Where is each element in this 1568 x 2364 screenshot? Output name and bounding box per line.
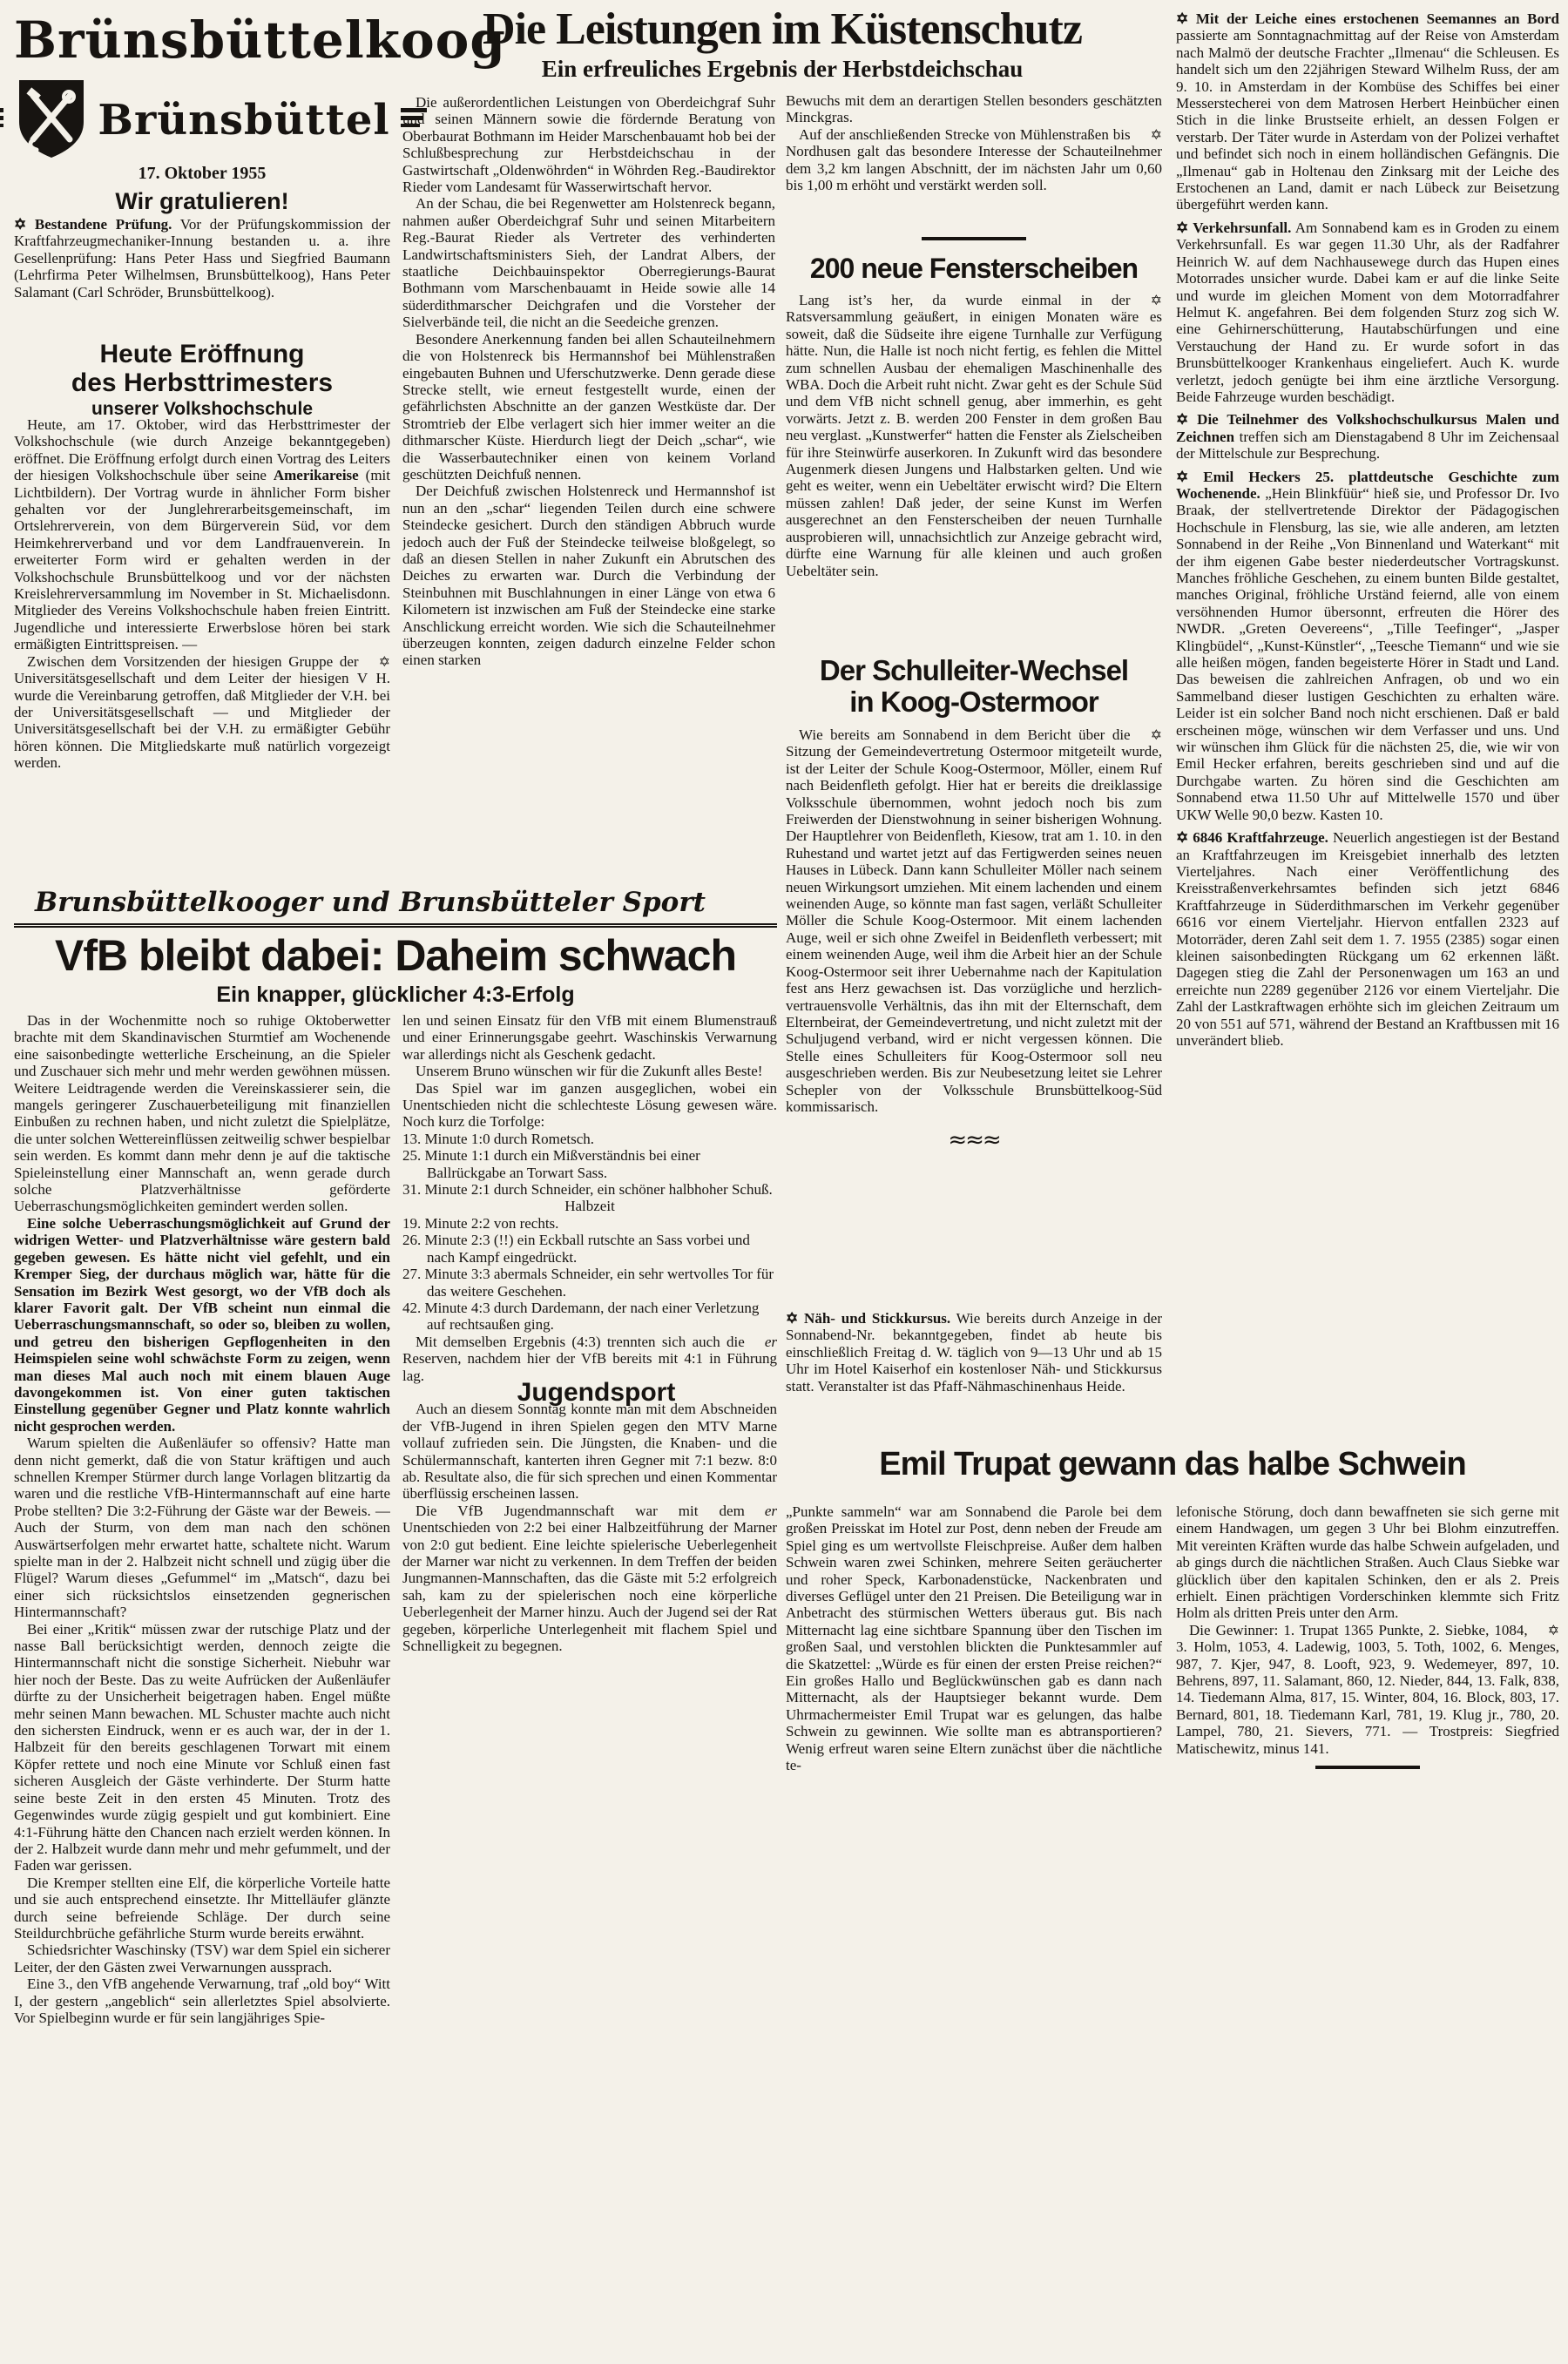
brief-leiche-lead: ✡ Mit der Leiche eines erstochenen Seema…: [1176, 10, 1559, 27]
kuesten-p3: Besondere Anerkennung fanden bei allen S…: [402, 331, 775, 483]
vfb-c1-p5: Die Kremper stellten eine Elf, die körpe…: [14, 1874, 390, 1942]
vfb-c2-cont: len und seinen Einsatz für den VfB mit e…: [402, 1012, 777, 1063]
herbst-p2: Zwischen dem Vorsitzenden der hiesigen G…: [14, 653, 390, 771]
brief-leiche: ✡ Mit der Leiche eines erstochenen Seema…: [1176, 10, 1559, 213]
fenster-end-star-icon: ✡: [1131, 292, 1162, 308]
goal-line: 26. Minute 2:3 (!!) ein Eckball rutschte…: [402, 1232, 777, 1266]
gratulieren-body: ✡ Bestandene Prüfung. Vor der Prüfungsko…: [14, 216, 390, 301]
vfb-reserves: Mit demselben Ergebnis (4:3) trennten si…: [402, 1334, 777, 1384]
masthead-date: 17. Oktober 1955: [14, 164, 390, 184]
flourish-left-icon: [0, 101, 5, 140]
vfb-c1-p6: Schiedsrichter Waschinsky (TSV) war dem …: [14, 1942, 390, 1976]
goal-line: 25. Minute 1:1 durch ein Mißverständnis …: [402, 1147, 777, 1181]
schulleiter-end-star-icon: ✡: [1131, 726, 1162, 743]
brief-kraftfahrzeuge: ✡ 6846 Kraftfahrzeuge. Neuerlich angesti…: [1176, 829, 1559, 1049]
brief-kraftfahrzeuge-text: Neuerlich angestiegen ist der Bestand an…: [1176, 829, 1559, 1049]
trupat-winners: Die Gewinner: 1. Trupat 1365 Punkte, 2. …: [1176, 1622, 1559, 1757]
schulleiter-title-line2: in Koog-Ostermoor: [786, 686, 1162, 718]
goal-line: 19. Minute 2:2 von rechts.: [402, 1215, 777, 1232]
naeh-lead: ✡ Näh- und Stickkursus.: [786, 1310, 950, 1327]
vfb-c1-p4: Bei einer „Kritik“ müssen zwar der rutsc…: [14, 1621, 390, 1874]
fenster-text: Lang ist’s her, da wurde einmal in der R…: [786, 292, 1162, 579]
wave-ornament: ≈≈≈: [786, 1127, 1162, 1153]
kuesten-cont: Bewuchs mit dem an derartigen Stellen be…: [786, 92, 1162, 126]
gratulieren-title: Wir gratulieren!: [14, 188, 390, 215]
herbst-heading-block: Heute Eröffnung des Herbsttrimesters uns…: [14, 340, 390, 420]
herbst-title-line2: des Herbsttrimesters: [14, 368, 390, 397]
trupat-column-b: lefonische Störung, doch dann bewaffnete…: [1176, 1503, 1559, 1769]
brief-heckers-text: „Hein Blinkfüür“ hieß sie, und Professor…: [1176, 485, 1559, 823]
kuesten-p2: An der Schau, die bei Regenwetter am Hol…: [402, 195, 775, 330]
vfb-subhead: Ein knapper, glücklicher 4:3-Erfolg: [14, 983, 777, 1008]
kuesten-end-star-icon: ✡: [1131, 126, 1162, 143]
vfb-c2-p2: Unserem Bruno wünschen wir für die Zukun…: [402, 1063, 777, 1079]
kuesten-p5: Auf der anschließenden Strecke von Mühle…: [786, 126, 1162, 193]
kuesten-p1: Die außerordentlichen Leistungen von Obe…: [402, 94, 775, 195]
schulleiter-article: Der Schulleiter-Wechsel in Koog-Ostermoo…: [786, 655, 1162, 1153]
schulleiter-title-line1: Der Schulleiter-Wechsel: [786, 655, 1162, 686]
masthead-crest-icon: [14, 77, 89, 165]
kuesten-column-2: Bewuchs mit dem an derartigen Stellen be…: [786, 92, 1162, 193]
section-divider-rule: [922, 237, 1026, 240]
herbst-title-line1: Heute Eröffnung: [14, 340, 390, 368]
jugendsport-title: Jugendsport: [402, 1384, 777, 1401]
briefs-column: ✡ Mit der Leiche eines erstochenen Seema…: [1176, 10, 1559, 1439]
kuesten-subhead: Ein erfreuliches Ergebnis der Herbstdeic…: [394, 56, 1171, 83]
brief-leiche-text: passierte am Sonntagnachmittag auf der R…: [1176, 27, 1559, 213]
vfb-c1-p3: Warum spielten die Außenläufer so offens…: [14, 1435, 390, 1620]
herbst-p1-bold: Amerikareise: [274, 467, 359, 483]
masthead-row: Brünsbüttel: [14, 78, 390, 162]
kuesten-headline: Die Leistungen im Küstenschutz: [394, 3, 1171, 55]
herbst-p1b: (mit Lichtbildern). Der Vortrag wurde in…: [14, 467, 390, 652]
goal-line: 31. Minute 2:1 durch Schneider, ein schö…: [402, 1181, 777, 1198]
goal-line: 42. Minute 4:3 durch Dardemann, der nach…: [402, 1300, 777, 1334]
naeh-brief: ✡ Näh- und Stickkursus. Wie bereits durc…: [786, 1310, 1162, 1395]
herbst-end-star-icon: ✡: [359, 653, 390, 670]
kuesten-p4: Der Deichfuß zwischen Holstenreck und He…: [402, 483, 775, 668]
newspaper-page: Brünsbüttelkoog Brünsbüttel: [0, 0, 1568, 2364]
masthead-title-line2: Brünsbüttel: [98, 96, 389, 145]
schulleiter-text: Wie bereits am Sonnabend in dem Bericht …: [786, 726, 1162, 1115]
brief-heckers: ✡ Emil Heckers 25. plattdeutsche Geschic…: [1176, 469, 1559, 824]
vfb-headline: VfB bleibt dabei: Daheim schwach: [14, 930, 777, 981]
author-sig: er: [745, 1334, 777, 1350]
vfb-c1-p1: Das in der Wochenmitte noch so ruhige Ok…: [14, 1012, 390, 1215]
jugend-p1: Auch an diesem Sonntag konnte man mit de…: [402, 1401, 777, 1502]
trupat-end-star-icon: ✡: [1528, 1622, 1559, 1638]
vfb-column-1: Das in der Wochenmitte noch so ruhige Ok…: [14, 1012, 390, 2364]
halbzeit-label: Halbzeit: [402, 1198, 777, 1214]
masthead-title-line1: Brünsbüttelkoog: [14, 10, 390, 70]
brief-verkehrsunfall-lead: ✡ Verkehrsunfall.: [1176, 220, 1291, 236]
goal-line: 27. Minute 3:3 abermals Schneider, ein s…: [402, 1266, 777, 1300]
end-rule: [1315, 1766, 1420, 1769]
gratulieren-lead: ✡ Bestandene Prüfung.: [14, 216, 172, 233]
vfb-c2-p3: Das Spiel war im ganzen ausgeglichen, wo…: [402, 1080, 777, 1131]
jugend-p2: Die VfB Jugendmannschaft war mit dem Une…: [402, 1503, 777, 1654]
trupat-pb: lefonische Störung, doch dann bewaffnete…: [1176, 1503, 1559, 1622]
herbst-body: Heute, am 17. Oktober, wird das Herbsttr…: [14, 416, 390, 891]
fenster-article: 200 neue Fensterscheiben ✡ Lang ist’s he…: [786, 237, 1162, 579]
kuesten-column-1: Die außerordentlichen Leistungen von Obe…: [402, 94, 775, 904]
goal-line: 13. Minute 1:0 durch Rometsch.: [402, 1131, 777, 1147]
brief-kraftfahrzeuge-lead: ✡ 6846 Kraftfahrzeuge.: [1176, 829, 1328, 846]
trupat-column-a: „Punkte sammeln“ war am Sonnabend die Pa…: [786, 1503, 1162, 1774]
trupat-headline: Emil Trupat gewann das halbe Schwein: [786, 1446, 1559, 1483]
trupat-pa: „Punkte sammeln“ war am Sonnabend die Pa…: [786, 1503, 1162, 1774]
vfb-column-2: len und seinen Einsatz für den VfB mit e…: [402, 1012, 777, 1901]
brief-verkehrsunfall: ✡ Verkehrsunfall. Am Sonnabend kam es in…: [1176, 220, 1559, 405]
vfb-c1-p2: Eine solche Ueberraschungsmöglichkeit au…: [14, 1215, 390, 1435]
brief-verkehrsunfall-text: Am Sonnabend kam es in Groden zu einem V…: [1176, 220, 1559, 405]
vfb-c1-p7: Eine 3., den VfB angehende Verwarnung, t…: [14, 1976, 390, 2026]
fenster-title: 200 neue Fensterscheiben: [786, 253, 1162, 285]
brief-malen-zeichnen: ✡ Die Teilnehmer des Volkshochschulkursu…: [1176, 411, 1559, 462]
author-sig: er: [745, 1503, 777, 1519]
